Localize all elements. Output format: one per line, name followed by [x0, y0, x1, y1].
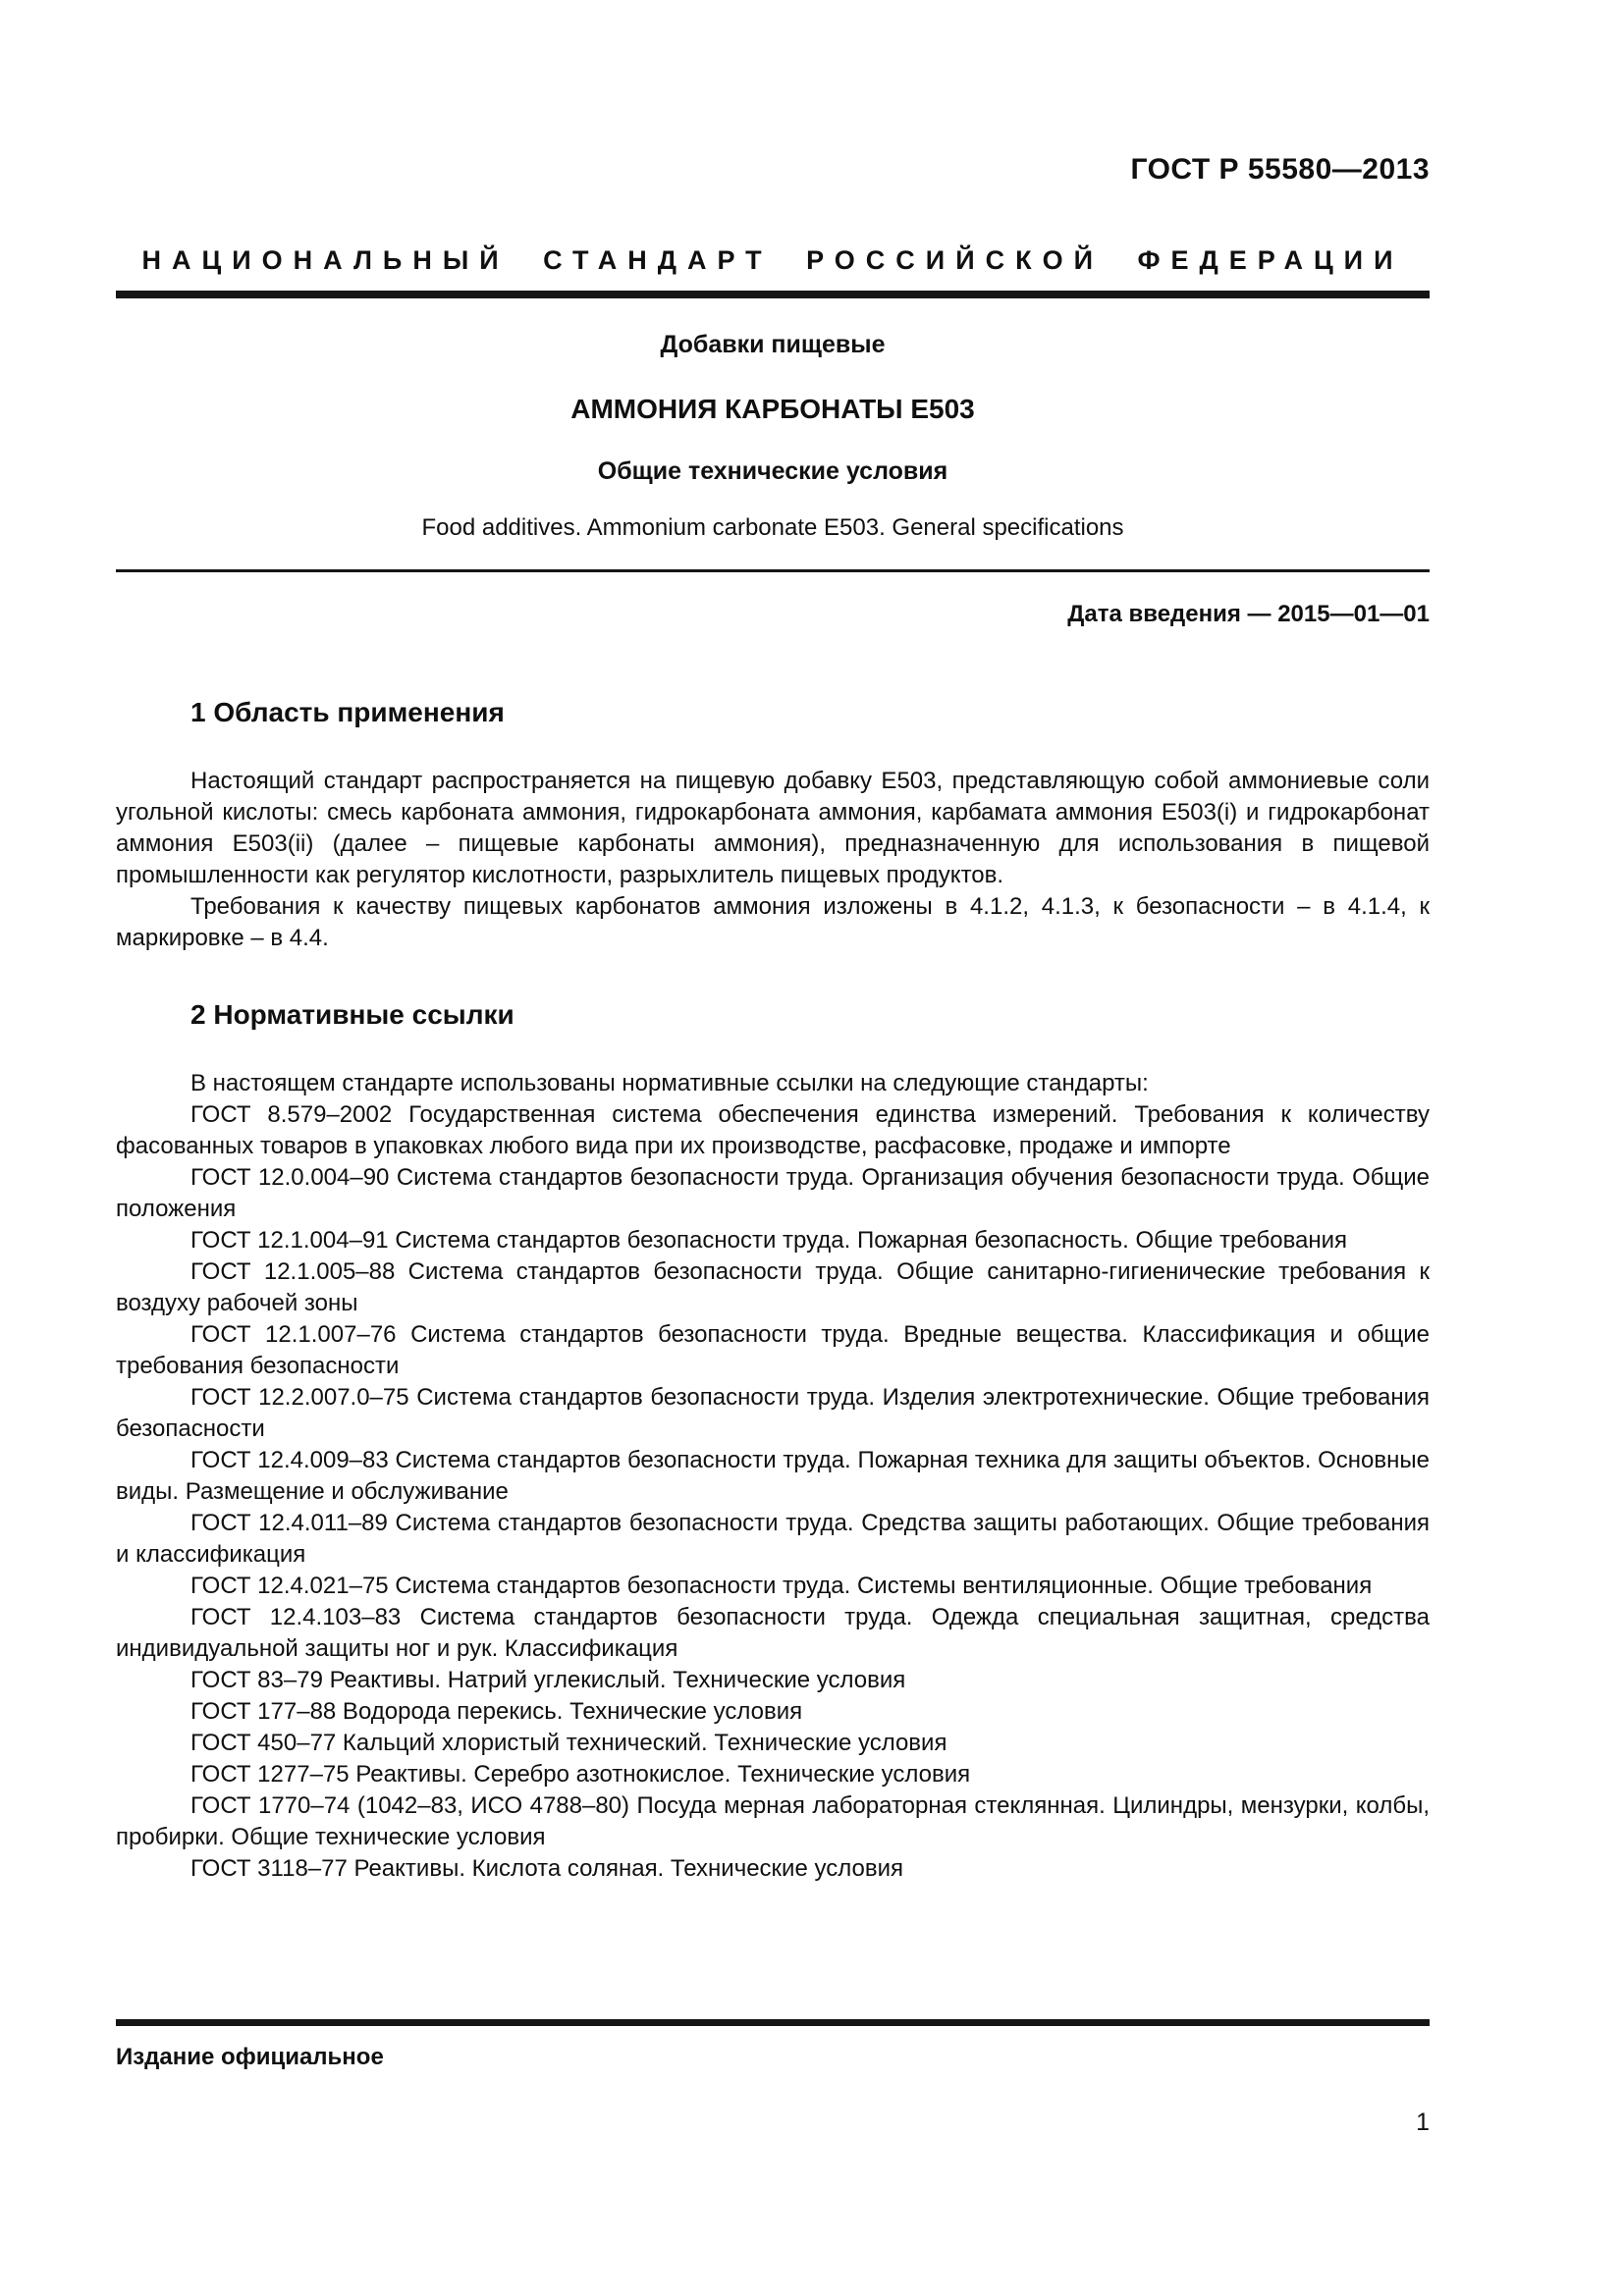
- reference-item: ГОСТ 12.0.004–90 Система стандартов безо…: [116, 1162, 1430, 1225]
- main-title: АММОНИЯ КАРБОНАТЫ Е503: [116, 394, 1430, 425]
- standard-type-banner: НАЦИОНАЛЬНЫЙ СТАНДАРТ РОССИЙСКОЙ ФЕДЕРАЦ…: [116, 245, 1430, 276]
- document-page: { "header": { "doc_number": "ГОСТ Р 5558…: [0, 0, 1623, 2296]
- paragraph: В настоящем стандарте использованы норма…: [116, 1068, 1430, 1099]
- reference-item: ГОСТ 12.2.007.0–75 Система стандартов бе…: [116, 1382, 1430, 1445]
- reference-item: ГОСТ 177–88 Водорода перекись. Техническ…: [116, 1696, 1430, 1728]
- subtitle: Общие технические условия: [116, 457, 1430, 486]
- reference-item: ГОСТ 450–77 Кальций хлористый технически…: [116, 1728, 1430, 1759]
- footer-rule: [116, 2019, 1430, 2026]
- subject-title: Добавки пищевые: [116, 331, 1430, 359]
- section-2-heading: 2 Нормативные ссылки: [116, 999, 1430, 1031]
- reference-item: ГОСТ 12.4.021–75 Система стандартов безо…: [116, 1571, 1430, 1602]
- reference-item: ГОСТ 12.4.103–83 Система стандартов безо…: [116, 1602, 1430, 1665]
- english-title: Food additives. Ammonium carbonate E503.…: [116, 514, 1430, 542]
- reference-item: ГОСТ 12.4.009–83 Система стандартов безо…: [116, 1445, 1430, 1508]
- reference-item: ГОСТ 1277–75 Реактивы. Серебро азотнокис…: [116, 1759, 1430, 1790]
- reference-item: ГОСТ 8.579–2002 Государственная система …: [116, 1099, 1430, 1162]
- page-number: 1: [116, 2109, 1430, 2137]
- reference-item: ГОСТ 1770–74 (1042–83, ИСО 4788–80) Посу…: [116, 1790, 1430, 1853]
- document-body: 1 Область применения Настоящий стандарт …: [116, 697, 1430, 1885]
- reference-item: ГОСТ 83–79 Реактивы. Натрий углекислый. …: [116, 1665, 1430, 1696]
- title-separator-rule: [116, 569, 1430, 572]
- effective-date: Дата введения — 2015—01—01: [116, 601, 1430, 628]
- reference-item: ГОСТ 12.1.004–91 Система стандартов безо…: [116, 1225, 1430, 1256]
- official-edition-note: Издание официальное: [116, 2044, 1430, 2071]
- reference-item: ГОСТ 12.1.007–76 Система стандартов безо…: [116, 1319, 1430, 1382]
- header-rule: [116, 291, 1430, 298]
- section-1-heading: 1 Область применения: [116, 697, 1430, 728]
- reference-item: ГОСТ 12.4.011–89 Система стандартов безо…: [116, 1508, 1430, 1571]
- reference-item: ГОСТ 12.1.005–88 Система стандартов безо…: [116, 1256, 1430, 1319]
- paragraph: Требования к качеству пищевых карбонатов…: [116, 891, 1430, 954]
- reference-item: ГОСТ 3118–77 Реактивы. Кислота соляная. …: [116, 1853, 1430, 1885]
- paragraph: Настоящий стандарт распространяется на п…: [116, 766, 1430, 891]
- doc-number: ГОСТ Р 55580—2013: [116, 153, 1430, 187]
